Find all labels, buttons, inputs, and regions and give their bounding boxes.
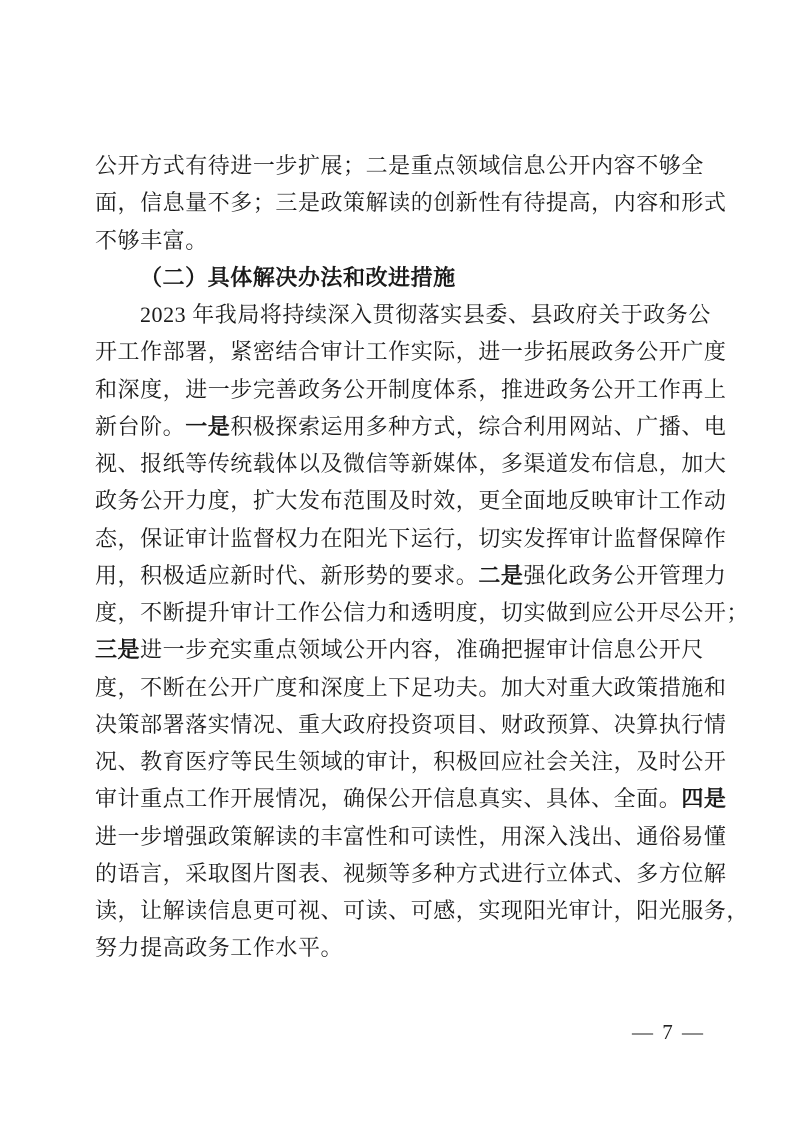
text-line: 况、教育医疗等民生领域的审计，积极回应社会关注，及时公开: [95, 743, 704, 780]
bold-text-run: 四是: [681, 786, 726, 811]
document-body: 公开方式有待进一步扩展；二是重点领域信息公开内容不够全面，信息量不多；三是政策解…: [95, 147, 704, 967]
text-run: 不够丰富。: [95, 228, 208, 253]
text-run: 政务公开力度，扩大发布范围及时效，更全面地反映审计工作动: [95, 488, 726, 513]
text-line: 新台阶。一是积极探索运用多种方式，综合利用网站、广播、电: [95, 408, 704, 445]
text-line: 2023 年我局将持续深入贯彻落实县委、县政府关于政务公: [95, 296, 704, 333]
text-line: 不够丰富。: [95, 222, 704, 259]
text-line: 决策部署落实情况、重大政府投资项目、财政预算、决算执行情: [95, 706, 704, 743]
text-run: 进一步充实重点领域公开内容，准确把握审计信息公开尺: [140, 637, 704, 662]
text-run: 度，不断在公开广度和深度上下足功夫。加大对重大政策措施和: [95, 675, 726, 700]
bold-text-run: 二是: [478, 563, 523, 588]
text-run: 的语言，采取图片图表、视频等多种方式进行立体式、多方位解: [95, 861, 726, 886]
page-number: — 7 —: [632, 1018, 705, 1046]
text-run: 决策部署落实情况、重大政府投资项目、财政预算、决算执行情: [95, 712, 726, 737]
text-line: 审计重点工作开展情况，确保公开信息真实、具体、全面。四是: [95, 780, 704, 817]
text-run: 公开方式有待进一步扩展；二是重点领域信息公开内容不够全: [95, 153, 704, 178]
bold-text-run: （二）具体解决办法和改进措施: [140, 265, 456, 290]
text-run: 况、教育医疗等民生领域的审计，积极回应社会关注，及时公开: [95, 749, 726, 774]
text-run: 和深度，进一步完善政务公开制度体系，推进政务公开工作再上: [95, 377, 726, 402]
text-line: 度，不断在公开广度和深度上下足功夫。加大对重大政策措施和: [95, 669, 704, 706]
text-line: 读，让解读信息更可视、可读、可感，实现阳光审计，阳光服务，: [95, 892, 704, 929]
text-run: 度，不断提升审计工作公信力和透明度，切实做到应公开尽公开；: [95, 600, 749, 625]
section-heading: （二）具体解决办法和改进措施: [95, 259, 704, 296]
text-run: 2023 年我局将持续深入贯彻落实县委、县政府关于政务公: [140, 302, 711, 327]
bold-text-run: 三是: [95, 637, 140, 662]
text-run: 强化政务公开管理力: [523, 563, 726, 588]
text-line: 面，信息量不多；三是政策解读的创新性有待提高，内容和形式: [95, 184, 704, 221]
text-line: 的语言，采取图片图表、视频等多种方式进行立体式、多方位解: [95, 855, 704, 892]
bold-text-run: 一是: [185, 414, 230, 439]
text-line: 度，不断提升审计工作公信力和透明度，切实做到应公开尽公开；: [95, 594, 704, 631]
text-line: 和深度，进一步完善政务公开制度体系，推进政务公开工作再上: [95, 371, 704, 408]
text-run: 用，积极适应新时代、新形势的要求。: [95, 563, 478, 588]
text-run: 进一步增强政策解读的丰富性和可读性，用深入浅出、通俗易懂: [95, 824, 726, 849]
text-run: 视、报纸等传统载体以及微信等新媒体，多渠道发布信息，加大: [95, 451, 726, 476]
text-run: 开工作部署，紧密结合审计工作实际，进一步拓展政务公开广度: [95, 339, 726, 364]
text-run: 读，让解读信息更可视、可读、可感，实现阳光审计，阳光服务，: [95, 898, 749, 923]
text-run: 审计重点工作开展情况，确保公开信息真实、具体、全面。: [95, 786, 681, 811]
text-line: 视、报纸等传统载体以及微信等新媒体，多渠道发布信息，加大: [95, 445, 704, 482]
text-run: 新台阶。: [95, 414, 185, 439]
document-page: 公开方式有待进一步扩展；二是重点领域信息公开内容不够全面，信息量不多；三是政策解…: [0, 0, 793, 1122]
text-run: 态，保证审计监督权力在阳光下运行，切实发挥审计监督保障作: [95, 526, 726, 551]
text-line: 开工作部署，紧密结合审计工作实际，进一步拓展政务公开广度: [95, 333, 704, 370]
text-line: 公开方式有待进一步扩展；二是重点领域信息公开内容不够全: [95, 147, 704, 184]
text-run: 面，信息量不多；三是政策解读的创新性有待提高，内容和形式: [95, 190, 726, 215]
text-line: 进一步增强政策解读的丰富性和可读性，用深入浅出、通俗易懂: [95, 818, 704, 855]
text-line: 努力提高政务工作水平。: [95, 929, 704, 966]
text-line: 政务公开力度，扩大发布范围及时效，更全面地反映审计工作动: [95, 482, 704, 519]
text-run: 努力提高政务工作水平。: [95, 935, 343, 960]
text-run: 积极探索运用多种方式，综合利用网站、广播、电: [230, 414, 726, 439]
text-line: 态，保证审计监督权力在阳光下运行，切实发挥审计监督保障作: [95, 520, 704, 557]
text-line: 用，积极适应新时代、新形势的要求。二是强化政务公开管理力: [95, 557, 704, 594]
text-line: 三是进一步充实重点领域公开内容，准确把握审计信息公开尺: [95, 631, 704, 668]
